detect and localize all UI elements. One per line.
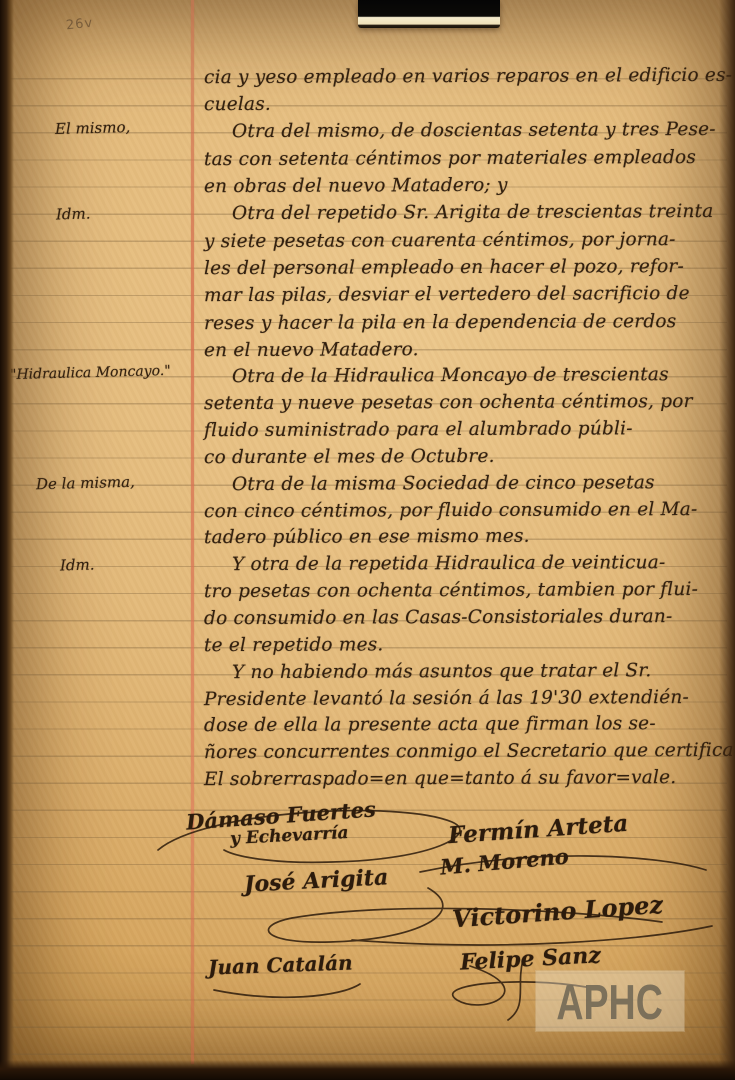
body-line: tadero público en ese mismo mes.	[204, 523, 726, 551]
page-bottom-edge	[0, 1060, 735, 1080]
body-line: Y otra de la repetida Hidraulica de vein…	[204, 550, 735, 578]
body-line: tas con setenta céntimos por materiales …	[204, 145, 726, 173]
signature-victorino-lopez: Victorino Lopez	[451, 890, 664, 934]
margin-note: Idm.	[56, 205, 91, 224]
margin-note: Idm.	[60, 556, 95, 575]
aphc-watermark: APHC	[536, 971, 684, 1031]
body-line: Otra de la Hidraulica Moncayo de trescie…	[204, 362, 735, 390]
signature-fermin-arteta: Fermín Arteta	[447, 810, 629, 850]
body-line: do consumido en las Casas-Consistoriales…	[204, 604, 726, 632]
body-line: y siete pesetas con cuarenta céntimos, p…	[204, 227, 726, 255]
manuscript-page: 26v El mismo, Idm. "Hidraulica Moncayo."…	[0, 0, 735, 1080]
body-line: dose de ella la presente acta que firman…	[204, 711, 726, 739]
margin-note: El mismo,	[55, 118, 131, 138]
body-line: cia y yeso empleado en varios reparos en…	[204, 63, 726, 91]
body-line: con cinco céntimos, por fluido consumido…	[204, 497, 726, 525]
binder-clip	[358, 0, 500, 28]
body-line: Y no habiendo más asuntos que tratar el …	[204, 658, 735, 686]
page-right-edge	[719, 0, 735, 1080]
signature-jose-arigita: José Arigita	[243, 864, 388, 898]
body-line: reses y hacer la pila en la dependencia …	[204, 309, 726, 337]
body-line: co durante el mes de Octubre.	[204, 443, 726, 471]
body-line: Otra del repetido Sr. Arigita de trescie…	[204, 199, 735, 227]
book-binding-edge	[0, 0, 14, 1080]
body-line: ñores concurrentes conmigo el Secretario…	[204, 738, 726, 766]
body-line: en obras del nuevo Matadero; y	[204, 172, 726, 200]
body-line: setenta y nueve pesetas con ochenta cént…	[204, 389, 726, 417]
margin-note: "Hidraulica Moncayo."	[10, 363, 171, 383]
body-line: Otra del mismo, de doscientas setenta y …	[204, 117, 735, 145]
margin-note: De la misma,	[36, 473, 135, 494]
body-line: El sobrerraspado=en que=tanto á su favor…	[204, 765, 726, 793]
red-margin-line	[191, 0, 194, 1064]
signature-m-moreno: M. Moreno	[439, 843, 570, 879]
page-number-pencil: 26v	[65, 16, 94, 34]
body-line: cuelas.	[204, 90, 726, 118]
aphc-watermark-text: APHC	[557, 972, 664, 1030]
body-line: mar las pilas, desviar el vertedero del …	[204, 281, 726, 309]
body-line: les del personal empleado en hacer el po…	[204, 254, 726, 282]
signature-juan-catalan: Juan Catalán	[208, 950, 353, 979]
body-line: fluido suministrado para el alumbrado pú…	[204, 416, 726, 444]
manuscript-photo: { "doc": { "page_mark": "26v", "margin_n…	[0, 0, 735, 1080]
body-line: tro pesetas con ochenta céntimos, tambie…	[204, 577, 726, 605]
body-line: te el repetido mes.	[204, 631, 726, 659]
body-line: Presidente levantó la sesión á las 19'30…	[204, 685, 726, 713]
body-line: Otra de la misma Sociedad de cinco peset…	[204, 470, 735, 498]
body-line: en el nuevo Matadero.	[204, 336, 726, 364]
